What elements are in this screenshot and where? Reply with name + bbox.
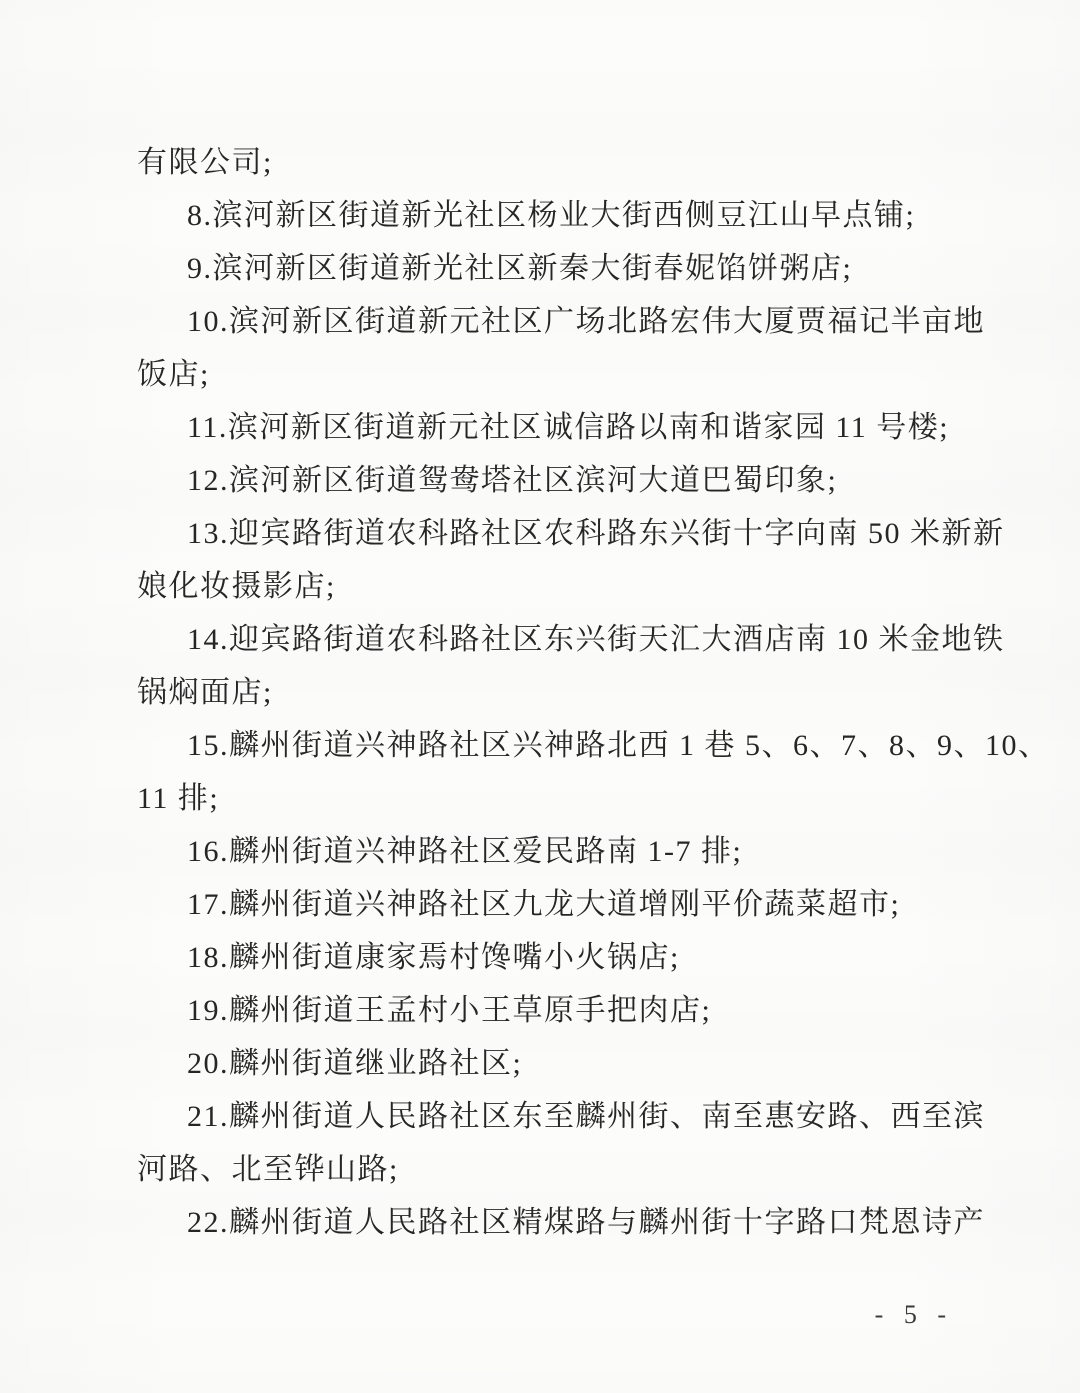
- document-line: 9.滨河新区街道新光社区新秦大街春妮馅饼粥店;: [137, 242, 960, 295]
- document-line: 16.麟州街道兴神路社区爱民路南 1-7 排;: [137, 825, 960, 878]
- page-number: - 5 -: [875, 1300, 948, 1330]
- document-body: 有限公司;8.滨河新区街道新光社区杨业大街西侧豆江山早点铺;9.滨河新区街道新光…: [0, 0, 1080, 1249]
- document-line: 20.麟州街道继业路社区;: [137, 1037, 960, 1090]
- document-line: 锅焖面店;: [137, 666, 960, 719]
- document-page: 有限公司;8.滨河新区街道新光社区杨业大街西侧豆江山早点铺;9.滨河新区街道新光…: [0, 0, 1080, 1393]
- document-line: 饭店;: [137, 348, 960, 401]
- document-line: 22.麟州街道人民路社区精煤路与麟州街十字路口梵恩诗产: [137, 1196, 960, 1249]
- document-line: 19.麟州街道王孟村小王草原手把肉店;: [137, 984, 960, 1037]
- document-line: 18.麟州街道康家焉村馋嘴小火锅店;: [137, 931, 960, 984]
- document-line: 河路、北至铧山路;: [137, 1143, 960, 1196]
- document-line: 11 排;: [137, 772, 960, 825]
- document-line: 13.迎宾路街道农科路社区农科路东兴街十字向南 50 米新新: [137, 507, 960, 560]
- document-line: 娘化妆摄影店;: [137, 560, 960, 613]
- document-line: 有限公司;: [137, 136, 960, 189]
- document-line: 12.滨河新区街道鸳鸯塔社区滨河大道巴蜀印象;: [137, 454, 960, 507]
- document-line: 21.麟州街道人民路社区东至麟州街、南至惠安路、西至滨: [137, 1090, 960, 1143]
- document-line: 11.滨河新区街道新元社区诚信路以南和谐家园 11 号楼;: [137, 401, 960, 454]
- document-line: 10.滨河新区街道新元社区广场北路宏伟大厦贾福记半亩地: [137, 295, 960, 348]
- document-line: 15.麟州街道兴神路社区兴神路北西 1 巷 5、6、7、8、9、10、: [137, 719, 960, 772]
- document-line: 8.滨河新区街道新光社区杨业大街西侧豆江山早点铺;: [137, 189, 960, 242]
- document-line: 17.麟州街道兴神路社区九龙大道增刚平价蔬菜超市;: [137, 878, 960, 931]
- document-line: 14.迎宾路街道农科路社区东兴街天汇大酒店南 10 米金地铁: [137, 613, 960, 666]
